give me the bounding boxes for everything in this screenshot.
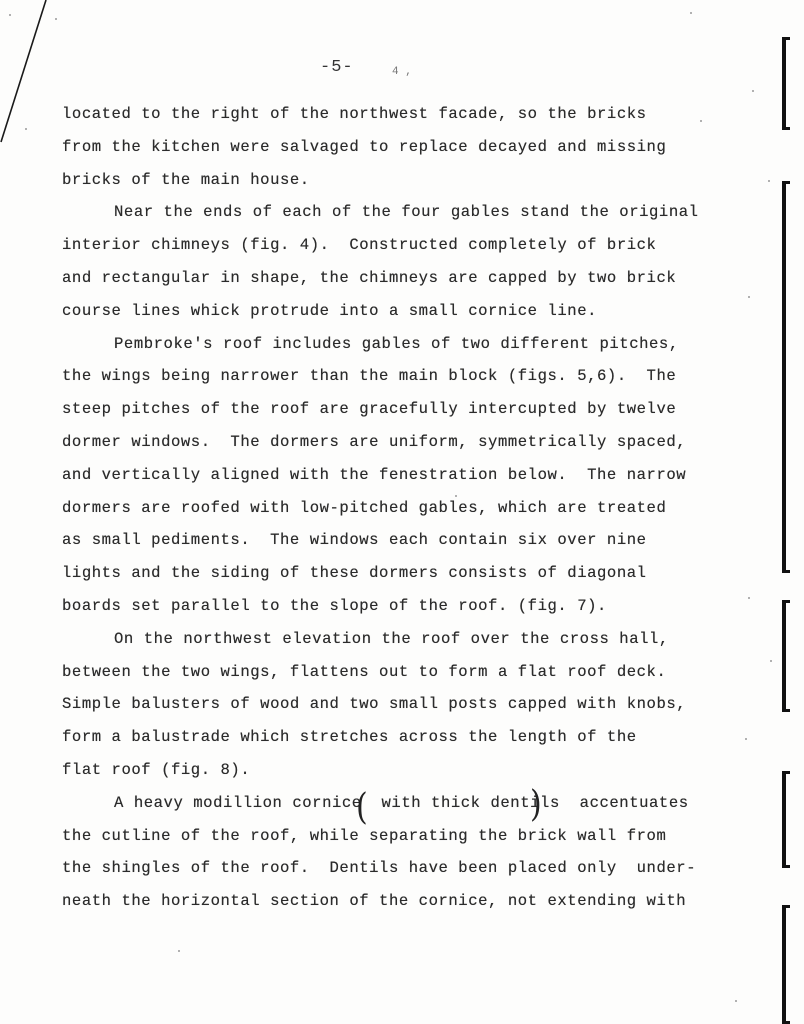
scan-edge-mark [782,181,786,573]
text-line: A heavy modillion cornice with thick den… [114,794,689,812]
text-line: the shingles of the roof. Dentils have b… [62,859,696,877]
scan-edge-mark [782,771,786,868]
scan-speck [745,738,747,740]
scan-speck [455,495,457,497]
text-line: dormers are roofed with low-pitched gabl… [62,499,666,517]
scan-edge-mark [782,905,786,1024]
scan-speck [178,950,180,952]
handwritten-close-parenthesis: ) [530,784,542,826]
scan-speck [690,12,692,14]
text-line: Simple balusters of wood and two small p… [62,695,686,713]
scan-speck [25,128,27,130]
text-line: On the northwest elevation the roof over… [114,630,669,648]
text-line: boards set parallel to the slope of the … [62,597,607,615]
text-line: neath the horizontal section of the corn… [62,892,686,910]
text-line: lights and the siding of these dormers c… [62,564,647,582]
text-line: flat roof (fig. 8). [62,761,250,779]
text-line: and vertically aligned with the fenestra… [62,466,686,484]
text-line: steep pitches of the roof are gracefully… [62,400,676,418]
text-line: located to the right of the northwest fa… [62,105,647,123]
text-line: form a balustrade which stretches across… [62,728,637,746]
text-line: Pembroke's roof includes gables of two d… [114,335,679,353]
scan-speck [748,296,750,298]
text-line: the cutline of the roof, while separatin… [62,827,666,845]
text-line: and rectangular in shape, the chimneys a… [62,269,676,287]
text-line: dormer windows. The dormers are uniform,… [62,433,686,451]
scan-speck [9,14,11,16]
handwritten-open-parenthesis: ( [356,787,368,829]
text-line: bricks of the main house. [62,171,310,189]
text-line: course lines whick protrude into a small… [62,302,597,320]
scan-edge-mark [782,600,786,712]
text-line: Near the ends of each of the four gables… [114,203,699,221]
scan-speck [752,90,754,92]
scan-speck [768,180,770,182]
text-line: from the kitchen were salvaged to replac… [62,138,666,156]
pen-stroke-mark [0,0,60,150]
text-line: interior chimneys (fig. 4). Constructed … [62,236,656,254]
scan-speck [748,597,750,599]
stray-mark: 4 , [392,66,412,78]
text-line: between the two wings, flattens out to f… [62,663,666,681]
page-number: -5- [320,58,354,77]
scanned-document-page: -5- 4 , located to the right of the nort… [0,0,804,1024]
scan-speck [735,1000,737,1002]
text-line: the wings being narrower than the main b… [62,367,676,385]
text-line: as small pediments. The windows each con… [62,531,647,549]
scan-speck [770,660,772,662]
scan-speck [55,18,57,20]
scan-speck [700,120,702,122]
scan-edge-mark [782,37,786,130]
